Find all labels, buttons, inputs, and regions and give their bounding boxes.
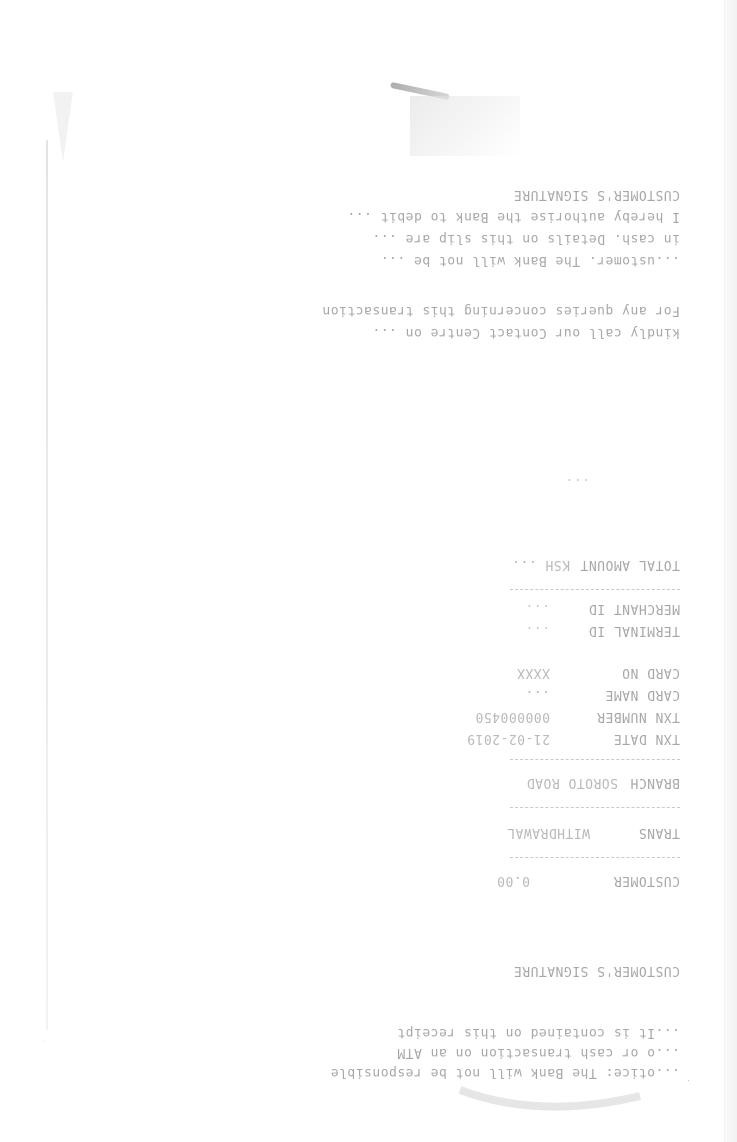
id-value: ... [525, 601, 550, 616]
customer-label: CUSTOMER [613, 873, 680, 888]
scanner-edge-strip [724, 0, 737, 1142]
field-label: CARD NAME [605, 687, 680, 702]
bottom-disclaimer-line-3: ...It is contained on this receipt [397, 1025, 680, 1040]
branch-label: BRANCH [630, 775, 680, 790]
id-label: TERMINAL ID [588, 623, 680, 638]
transaction-type-label: TRANS [638, 825, 680, 840]
branch-value: SOROTO ROAD [526, 775, 618, 790]
divider [510, 857, 680, 858]
amount-value: KSH ... [512, 557, 570, 572]
customer-value: 0.00 [497, 873, 530, 888]
divider [510, 589, 680, 590]
receipt-content: ...otice: The Bank will not be responsib… [240, 90, 680, 1090]
field-label: TXN NUMBER [597, 709, 680, 724]
divider [510, 807, 680, 808]
top-info-line-1: kindly call our Contact Centre on ... [372, 325, 680, 340]
top-disclaimer-line-1: ...ustomer. The Bank will not be ... [380, 253, 680, 268]
signature-label-top: CUSTOMER'S SIGNATURE [513, 187, 680, 202]
id-label: MERCHANT ID [588, 601, 680, 616]
field-label: CARD NO [622, 665, 680, 680]
divider [510, 759, 680, 760]
top-disclaimer-line-2: in cash. Details on this slip are ... [372, 231, 680, 246]
top-disclaimer-line-3: I hereby authorise the Bank to debit ... [347, 209, 680, 224]
amount-label: TOTAL AMOUNT [580, 557, 680, 572]
field-label: TXN DATE [613, 731, 680, 746]
footer-note: ... [565, 475, 590, 490]
field-value: 000000450 [475, 709, 550, 724]
field-value: ... [525, 687, 550, 702]
signature-label-bottom: CUSTOMER'S SIGNATURE [513, 963, 680, 978]
paper-left-edge [46, 140, 48, 1040]
field-value: XXXX [517, 665, 550, 680]
top-info-line-2: For any queries concerning this transact… [322, 303, 680, 318]
id-value: ... [525, 623, 550, 638]
transaction-type-value: WITHDRAWAL [507, 825, 590, 840]
field-value: 21-02-2019 [467, 731, 550, 746]
bottom-disclaimer-line-2: ...o or cash transaction on an ATM [397, 1045, 680, 1060]
bottom-disclaimer-line-1: ...otice: The Bank will not be responsib… [330, 1065, 680, 1080]
